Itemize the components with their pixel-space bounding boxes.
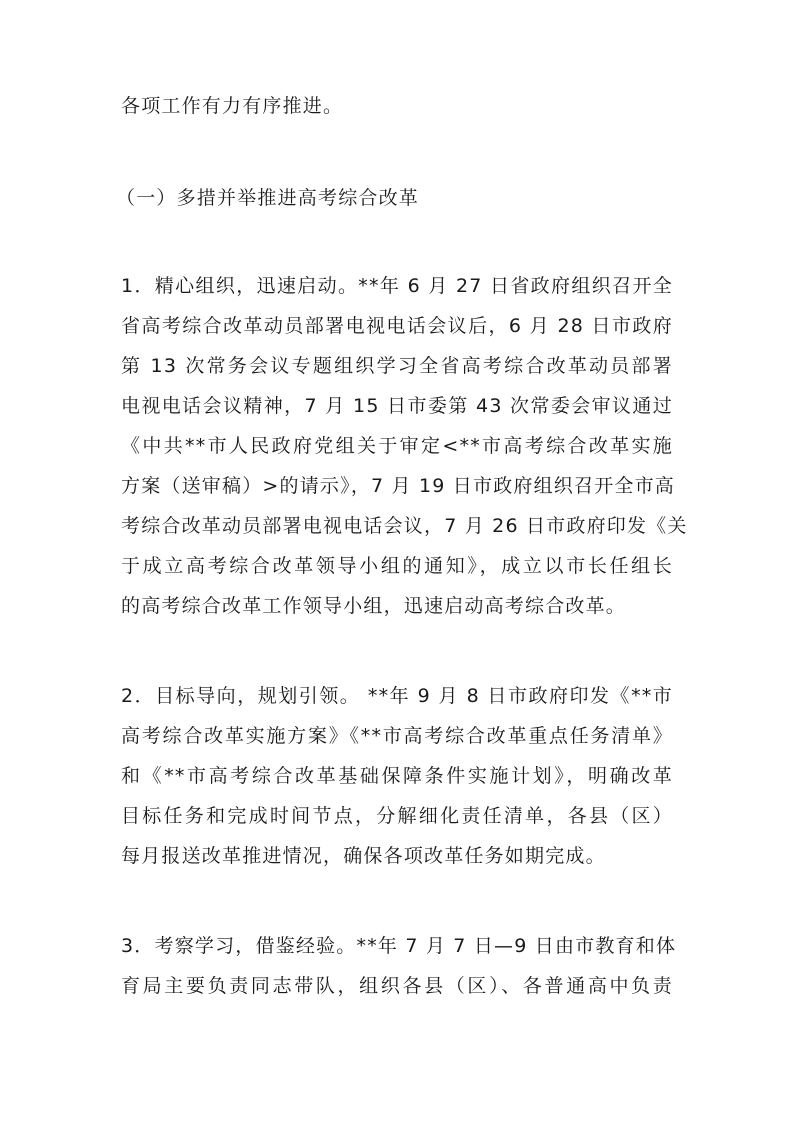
paragraph-1-line-3: 第 13 次常务会议专题组织学习全省高考综合改革动员部署 [121, 354, 673, 378]
paragraph-1-line-1: 1．精心组织，迅速启动。**年 6 月 27 日省政府组织召开全 [121, 274, 673, 298]
paragraph-1-line-7: 考综合改革动员部署电视电话会议，7 月 26 日市政府印发《关 [121, 514, 673, 538]
paragraph-2-line-2: 高考综合改革实施方案》《**市高考综合改革重点任务清单》 [121, 724, 673, 748]
paragraph-1-line-8: 于成立高考综合改革领导小组的通知》，成立以市长任组长 [121, 554, 673, 578]
paragraph-2-line-4: 目标任务和完成时间节点，分解细化责任清单，各县（区） [121, 804, 673, 828]
section-heading: （一）多措并举推进高考综合改革 [116, 186, 668, 210]
paragraph-2-line-1: 2．目标导向，规划引领。 **年 9 月 8 日市政府印发《**市 [121, 684, 673, 708]
paragraph-3-line-1: 3．考察学习，借鉴经验。**年 7 月 7 日—9 日由市教育和体 [121, 934, 673, 958]
paragraph-2-line-3: 和《**市高考综合改革基础保障条件实施计划》，明确改革 [121, 764, 673, 788]
paragraph-line-continuation: 各项工作有力有序推进。 [121, 94, 673, 118]
paragraph-1-line-5: 《中共**市人民政府党组关于审定<**市高考综合改革实施 [121, 434, 673, 458]
document-page: 各项工作有力有序推进。 （一）多措并举推进高考综合改革 1．精心组织，迅速启动。… [0, 0, 793, 1122]
paragraph-1-line-4: 电视电话会议精神，7 月 15 日市委第 43 次常委会审议通过 [121, 394, 673, 418]
paragraph-1-line-9: 的高考综合改革工作领导小组，迅速启动高考综合改革。 [121, 594, 673, 618]
paragraph-3-line-2: 育局主要负责同志带队，组织各县（区）、各普通高中负责 [121, 974, 673, 998]
paragraph-1-line-6: 方案（送审稿）>的请示》，7 月 19 日市政府组织召开全市高 [121, 474, 673, 498]
paragraph-2-line-5: 每月报送改革推进情况，确保各项改革任务如期完成。 [121, 844, 673, 868]
paragraph-1-line-2: 省高考综合改革动员部署电视电话会议后，6 月 28 日市政府 [121, 314, 673, 338]
